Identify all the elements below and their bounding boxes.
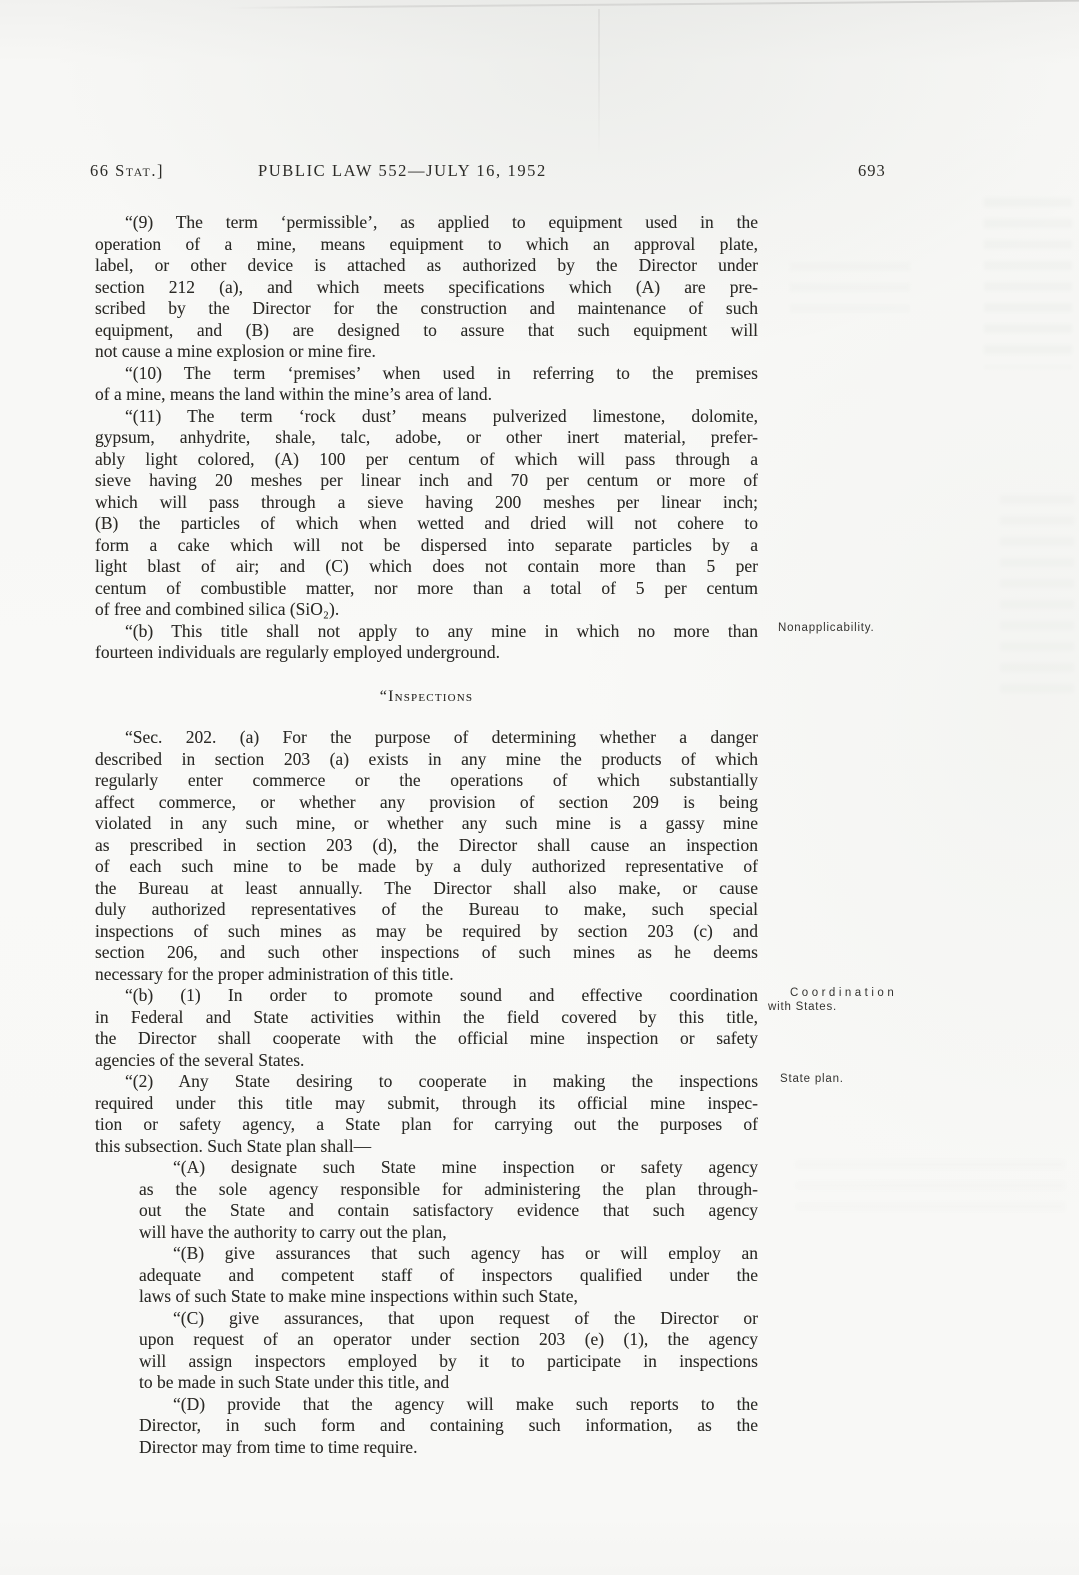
text-line: Director may from time to time require. (139, 1437, 758, 1459)
text-line: section 212 (a), and which meets specifi… (95, 277, 758, 299)
text-line: as prescribed in section 203 (d), the Di… (95, 835, 758, 857)
text-line: tion or safety agency, a State plan for … (95, 1114, 758, 1136)
section-heading-inspections: “Inspections (95, 686, 758, 708)
text-line: form a cake which will not be dispersed … (95, 535, 758, 557)
paragraph-sec-202-a: “Sec. 202. (a) For the purpose of determ… (95, 727, 758, 985)
text-line: necessary for the proper administration … (95, 964, 758, 986)
text-line: described in section 203 (a) exists in a… (95, 749, 758, 771)
text-line: affect commerce, or whether any provisio… (95, 792, 758, 814)
text-line: “(A) designate such State mine inspectio… (139, 1157, 758, 1179)
paragraph-definition-9: “(9) The term ‘permissible’, as applied … (95, 212, 758, 363)
text-line: sieve having 20 meshes per linear inch a… (95, 470, 758, 492)
text-line: regularly enter commerce or the operatio… (95, 770, 758, 792)
text-line: in Federal and State activities within t… (95, 1007, 758, 1029)
paragraph-clause-d: “(D) provide that the agency will make s… (139, 1394, 758, 1459)
text-line: fourteen individuals are regularly emplo… (95, 642, 758, 664)
text-line: laws of such State to make mine inspecti… (139, 1286, 758, 1308)
text-line: “Sec. 202. (a) For the purpose of determ… (95, 727, 758, 749)
text-line: Nonapplicability. (778, 621, 993, 635)
bleed-through-artifact (790, 262, 910, 320)
paragraph-sec-202-b-1: “(b) (1) In order to promote sound and e… (95, 985, 758, 1071)
text-line: State plan. (780, 1072, 995, 1086)
bleed-through-artifact (984, 198, 1072, 368)
text-line: centum of combustible matter, nor more t… (95, 578, 758, 600)
page-number: 693 (858, 161, 886, 181)
text-line: “(10) The term ‘premises’ when used in r… (95, 363, 758, 385)
text-line: “(D) provide that the agency will make s… (139, 1394, 758, 1416)
text-line: will have the authority to carry out the… (139, 1222, 758, 1244)
text-line: adequate and competent staff of inspecto… (139, 1265, 758, 1287)
text-line: of each such mine to be made by a duly a… (95, 856, 758, 878)
text-line: “(2) Any State desiring to cooperate in … (95, 1071, 758, 1093)
bleed-through-artifact (795, 1160, 1065, 1220)
paragraph-definition-10: “(10) The term ‘premises’ when used in r… (95, 363, 758, 406)
paragraph-nonapplicability: “(b) This title shall not apply to any m… (95, 621, 758, 664)
margin-note-coordination-with-states: Coordinationwith States. (768, 986, 983, 1014)
text-line: the Director shall cooperate with the of… (95, 1028, 758, 1050)
text-line: “(C) give assurances, that upon request … (139, 1308, 758, 1330)
text-line: will assign inspectors employed by it to… (139, 1351, 758, 1373)
text-line: label, or other device is attached as au… (95, 255, 758, 277)
text-line: of free and combined silica (SiO₂). (95, 599, 758, 621)
text-line: “(b) (1) In order to promote sound and e… (95, 985, 758, 1007)
text-line: gypsum, anhydrite, shale, talc, adobe, o… (95, 427, 758, 449)
text-line: of a mine, means the land within the min… (95, 384, 758, 406)
scanned-page: 66 Stat.] PUBLIC LAW 552—JULY 16, 1952 6… (0, 0, 1079, 1575)
paragraph-clause-b: “(B) give assurances that such agency ha… (139, 1243, 758, 1308)
statute-text-column: “(9) The term ‘permissible’, as applied … (95, 212, 758, 1458)
text-line: “(b) This title shall not apply to any m… (95, 621, 758, 643)
running-head: 66 Stat.] PUBLIC LAW 552—JULY 16, 1952 6… (0, 161, 1079, 187)
text-line: section 206, and such other inspections … (95, 942, 758, 964)
text-line: “(9) The term ‘permissible’, as applied … (95, 212, 758, 234)
text-line: light blast of air; and (C) which does n… (95, 556, 758, 578)
text-line: which will pass through a sieve having 2… (95, 492, 758, 514)
text-line: out the State and contain satisfactory e… (139, 1200, 758, 1222)
text-line: agencies of the several States. (95, 1050, 758, 1072)
text-line: to be made in such State under this titl… (139, 1372, 758, 1394)
statute-volume-label: 66 Stat.] (90, 161, 164, 181)
text-line: (B) the particles of which when wetted a… (95, 513, 758, 535)
scan-edge-artifact (228, 0, 1079, 9)
page-title: PUBLIC LAW 552—JULY 16, 1952 (258, 161, 547, 181)
text-line: scribed by the Director for the construc… (95, 298, 758, 320)
text-line: upon request of an operator under sectio… (139, 1329, 758, 1351)
text-line: required under this title may submit, th… (95, 1093, 758, 1115)
text-line: Coordination (790, 986, 983, 1000)
text-line: violated in any such mine, or whether an… (95, 813, 758, 835)
margin-note-state-plan: State plan. (768, 1072, 995, 1086)
text-line: operation of a mine, means equipment to … (95, 234, 758, 256)
text-line: “(11) The term ‘rock dust’ means pulveri… (95, 406, 758, 428)
text-line: Director, in such form and containing su… (139, 1415, 758, 1437)
text-line: with States. (768, 1000, 983, 1014)
text-line: the Bureau at least annually. The Direct… (95, 878, 758, 900)
paragraph-sec-202-b-2: “(2) Any State desiring to cooperate in … (95, 1071, 758, 1157)
paragraph-clause-a: “(A) designate such State mine inspectio… (139, 1157, 758, 1243)
text-line: ably light colored, (A) 100 per centum o… (95, 449, 758, 471)
text-line: duly authorized representatives of the B… (95, 899, 758, 921)
margin-note-nonapplicability: Nonapplicability. (768, 621, 993, 635)
text-line: as the sole agency responsible for admin… (139, 1179, 758, 1201)
text-line: “(B) give assurances that such agency ha… (139, 1243, 758, 1265)
paragraph-definition-11: “(11) The term ‘rock dust’ means pulveri… (95, 406, 758, 621)
paper-crease-artifact (598, 9, 600, 159)
text-line: equipment, and (B) are designed to assur… (95, 320, 758, 342)
text-line: inspections of such mines as may be requ… (95, 921, 758, 943)
bleed-through-artifact (1000, 495, 1074, 705)
text-line: not cause a mine explosion or mine fire. (95, 341, 758, 363)
text-line: this subsection. Such State plan shall— (95, 1136, 758, 1158)
paragraph-clause-c: “(C) give assurances, that upon request … (139, 1308, 758, 1394)
